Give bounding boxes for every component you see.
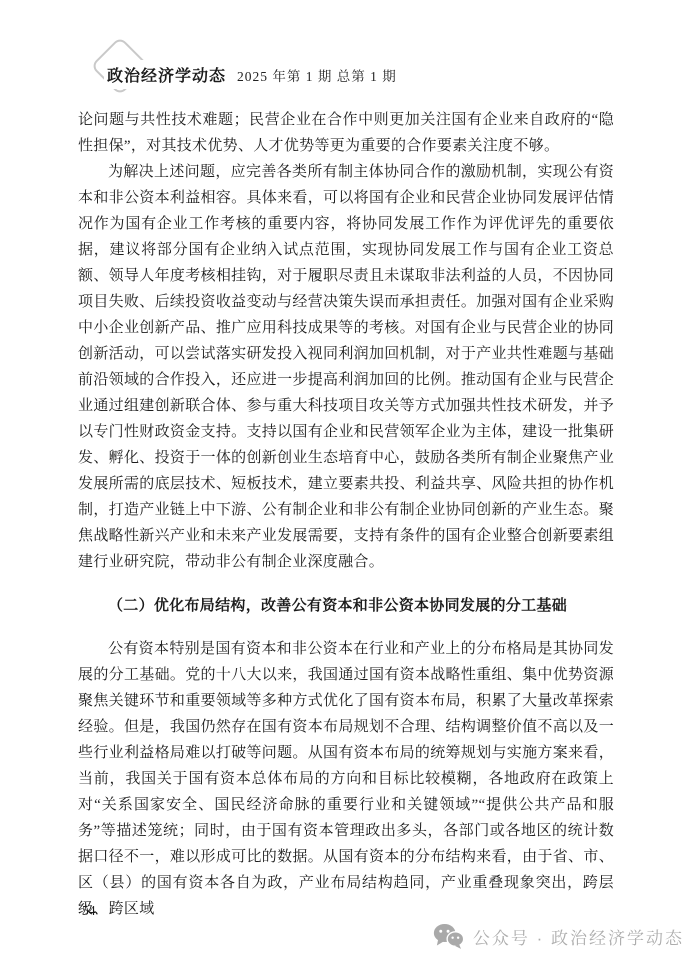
wechat-watermark: 公众号 · 政治经济学动态: [433, 923, 684, 949]
journal-header: 政治经济学动态 2025 年第 1 期 总第 1 期: [84, 30, 604, 102]
page-number: 54: [82, 903, 96, 919]
article-body: 论问题与共性技术难题；民营企业在合作中则更加关注国有企业来自政府的“隐性担保”，…: [78, 107, 614, 922]
wechat-icon: [433, 923, 464, 949]
paragraph-incentive-mechanism: 为解决上述问题，应完善各类所有制主体协同合作的激励机制，实现公有资本和非公资本利…: [78, 159, 614, 575]
journal-page: 政治经济学动态 2025 年第 1 期 总第 1 期 论问题与共性技术难题；民营…: [0, 0, 686, 966]
issue-info: 2025 年第 1 期 总第 1 期: [237, 65, 397, 85]
section-heading: （二）优化布局结构，改善公有资本和非公资本协同发展的分工基础: [78, 593, 614, 619]
watermark-text: 公众号 · 政治经济学动态: [473, 924, 684, 949]
paragraph-continuation: 论问题与共性技术难题；民营企业在合作中则更加关注国有企业来自政府的“隐性担保”，…: [78, 107, 614, 159]
paragraph-capital-layout: 公有资本特别是国有资本和非公资本在行业和产业上的分布格局是其协同发展的分工基础。…: [78, 636, 614, 922]
journal-title: 政治经济学动态: [104, 60, 231, 89]
header-line: 政治经济学动态 2025 年第 1 期 总第 1 期: [104, 60, 397, 89]
